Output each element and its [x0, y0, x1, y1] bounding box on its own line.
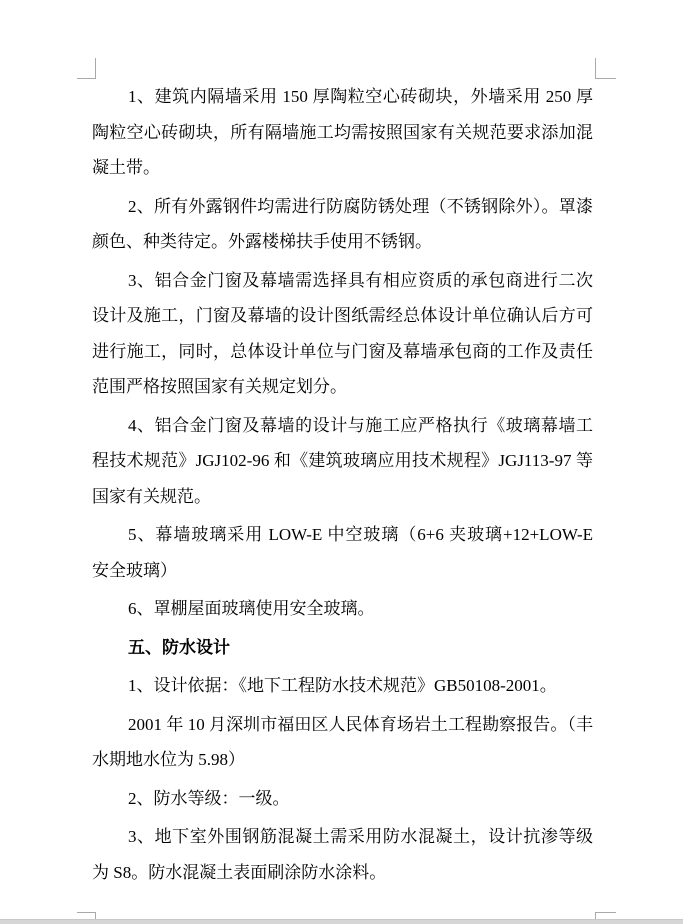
paragraph: 5、幕墙玻璃采用 LOW-E 中空玻璃（6+6 夹玻璃+12+LOW-E 安全玻… — [92, 517, 593, 588]
paragraph: 1、设计依据：《地下工程防水技术规范》GB50108-2001。 — [92, 668, 593, 704]
paragraph: 2001 年 10 月深圳市福田区人民体育场岩土工程勘察报告。（丰水期地水位为 … — [92, 707, 593, 778]
window-bottom-strip — [0, 919, 683, 924]
paragraph: 2、防水等级：一级。 — [92, 781, 593, 817]
paragraph: 4、铝合金门窗及幕墙的设计与施工应严格执行《玻璃幕墙工程技术规范》JGJ102-… — [92, 408, 593, 515]
paragraph: 2、所有外露钢件均需进行防腐防锈处理（不锈钢除外）。罩漆颜色、种类待定。外露楼梯… — [92, 189, 593, 260]
paragraph: 3、地下室外围钢筋混凝土需采用防水混凝土，设计抗渗等级为 S8。防水混凝土表面刷… — [92, 819, 593, 890]
paragraph: 3、铝合金门窗及幕墙需选择具有相应资质的承包商进行二次设计及施工，门窗及幕墙的设… — [92, 263, 593, 405]
crop-mark-top-right — [595, 58, 616, 79]
document-page[interactable]: 1、建筑内隔墙采用 150 厚陶粒空心砖砌块，外墙采用 250 厚陶粒空心砖砌块… — [92, 79, 593, 893]
paragraph: 1、建筑内隔墙采用 150 厚陶粒空心砖砌块，外墙采用 250 厚陶粒空心砖砌块… — [92, 79, 593, 186]
paragraph: 6、罩棚屋面玻璃使用安全玻璃。 — [92, 591, 593, 627]
crop-mark-top-left — [77, 58, 96, 79]
section-heading: 五、防水设计 — [92, 630, 593, 666]
